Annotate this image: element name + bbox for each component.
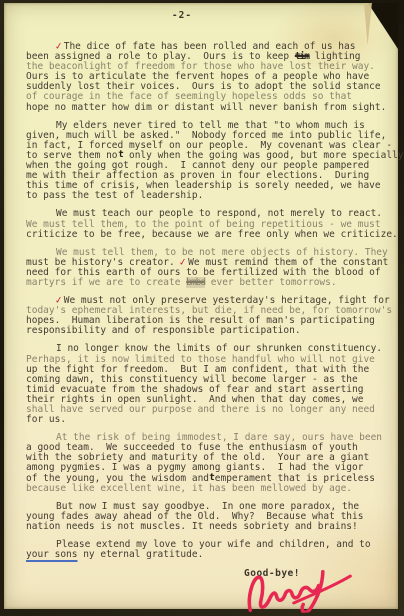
text-line: nation needs is not muscles. It needs so… bbox=[26, 522, 394, 532]
letter-content: -2- ✓The dice of fate has been rolled an… bbox=[26, 10, 394, 605]
signature-scrawl-icon bbox=[240, 561, 359, 616]
text-line: the beaconlight of freedom for those who… bbox=[26, 62, 394, 72]
paragraph: ✓The dice of fate has been rolled and ea… bbox=[26, 42, 394, 113]
checkmark-icon: ✓ bbox=[179, 257, 187, 269]
text-segment: At the risk of being immodest, I dare sa… bbox=[56, 432, 382, 443]
text-line: martyrs if we are to create bmbd ever be… bbox=[26, 278, 394, 288]
text-line: to pass the test of leadership. bbox=[26, 191, 394, 201]
redacted-word: bmbd bbox=[186, 277, 205, 288]
text-segment: We must tell them, to the point of being… bbox=[26, 219, 381, 230]
signature bbox=[240, 561, 359, 616]
text-line: today's ephemeral interests, but die, if… bbox=[26, 306, 394, 316]
text-line: for us. bbox=[26, 415, 394, 425]
text-segment: ny eternal gratitude. bbox=[77, 549, 203, 560]
text-segment: because like excellent wine, it has been… bbox=[26, 483, 352, 494]
text-segment: We must tell them, to be not mere object… bbox=[56, 247, 388, 258]
text-segment: responsibility and of responsible partic… bbox=[26, 325, 301, 336]
text-line: Perhaps, it is now limited to those hand… bbox=[26, 355, 394, 365]
text-segment: Perhaps, it is now limited to those hand… bbox=[26, 354, 375, 365]
scanned-letter-page: -2- ✓The dice of fate has been rolled an… bbox=[0, 0, 404, 616]
page-number: -2- bbox=[0, 10, 366, 21]
underlined-text: your sons bbox=[26, 549, 77, 560]
text-line: criticize to be free, because we are fre… bbox=[26, 230, 394, 240]
letter-body: ✓The dice of fate has been rolled and ea… bbox=[26, 42, 394, 560]
paragraph: ✓We must not only preserve yesterday's h… bbox=[26, 296, 394, 336]
paragraph: At the risk of being immodest, I dare sa… bbox=[26, 433, 394, 494]
text-segment: today's ephemeral interests, but die, if… bbox=[26, 305, 392, 316]
text-segment: shall have served our purpose and there … bbox=[26, 404, 375, 415]
text-line: We must tell them, to the point of being… bbox=[26, 220, 394, 230]
text-segment: of courage in the face of seemingly hope… bbox=[26, 91, 352, 102]
inserted-letter: t bbox=[209, 472, 215, 482]
inserted-letter: t bbox=[117, 150, 123, 160]
text-line: hope no matter how dim or distant will n… bbox=[26, 103, 394, 113]
text-line: your sons ny eternal gratitude. bbox=[26, 550, 394, 560]
text-segment: nation needs is not muscles. It needs so… bbox=[26, 521, 358, 532]
text-line: of courage in the face of seemingly hope… bbox=[26, 92, 394, 102]
text-segment: hope no matter how dim or distant will n… bbox=[26, 102, 386, 113]
text-segment: martyrs if we are to create bbox=[26, 277, 186, 288]
text-line: At the risk of being immodest, I dare sa… bbox=[26, 433, 394, 443]
text-line: We must tell them, to be not mere object… bbox=[26, 248, 394, 258]
text-segment: ever better tomorrows. bbox=[205, 277, 337, 288]
text-line: because like excellent wine, it has been… bbox=[26, 484, 394, 494]
paragraph: We must teach our people to respond, not… bbox=[26, 209, 394, 239]
text-segment: to pass the test of leadership. bbox=[26, 190, 203, 201]
paragraph: But now I must say goodbye. In one more … bbox=[26, 502, 394, 532]
text-line: responsibility and of responsible partic… bbox=[26, 326, 394, 336]
paragraph: My elders never tired to tell me that "t… bbox=[26, 121, 394, 202]
text-line: shall have served our purpose and there … bbox=[26, 405, 394, 415]
text-segment: for us. bbox=[26, 414, 66, 425]
paper-sheet: -2- ✓The dice of fate has been rolled an… bbox=[4, 3, 398, 609]
checkmark-icon: ✓ bbox=[55, 41, 63, 53]
paragraph: Please extend my love to your wife and c… bbox=[26, 540, 394, 560]
text-segment: criticize to be free, because we are fre… bbox=[26, 229, 398, 240]
paragraph: I no longer know the limits of our shrun… bbox=[26, 344, 394, 425]
text-segment: the beaconlight of freedom for those who… bbox=[26, 61, 375, 72]
paragraph: We must tell them, to be not mere object… bbox=[26, 248, 394, 288]
